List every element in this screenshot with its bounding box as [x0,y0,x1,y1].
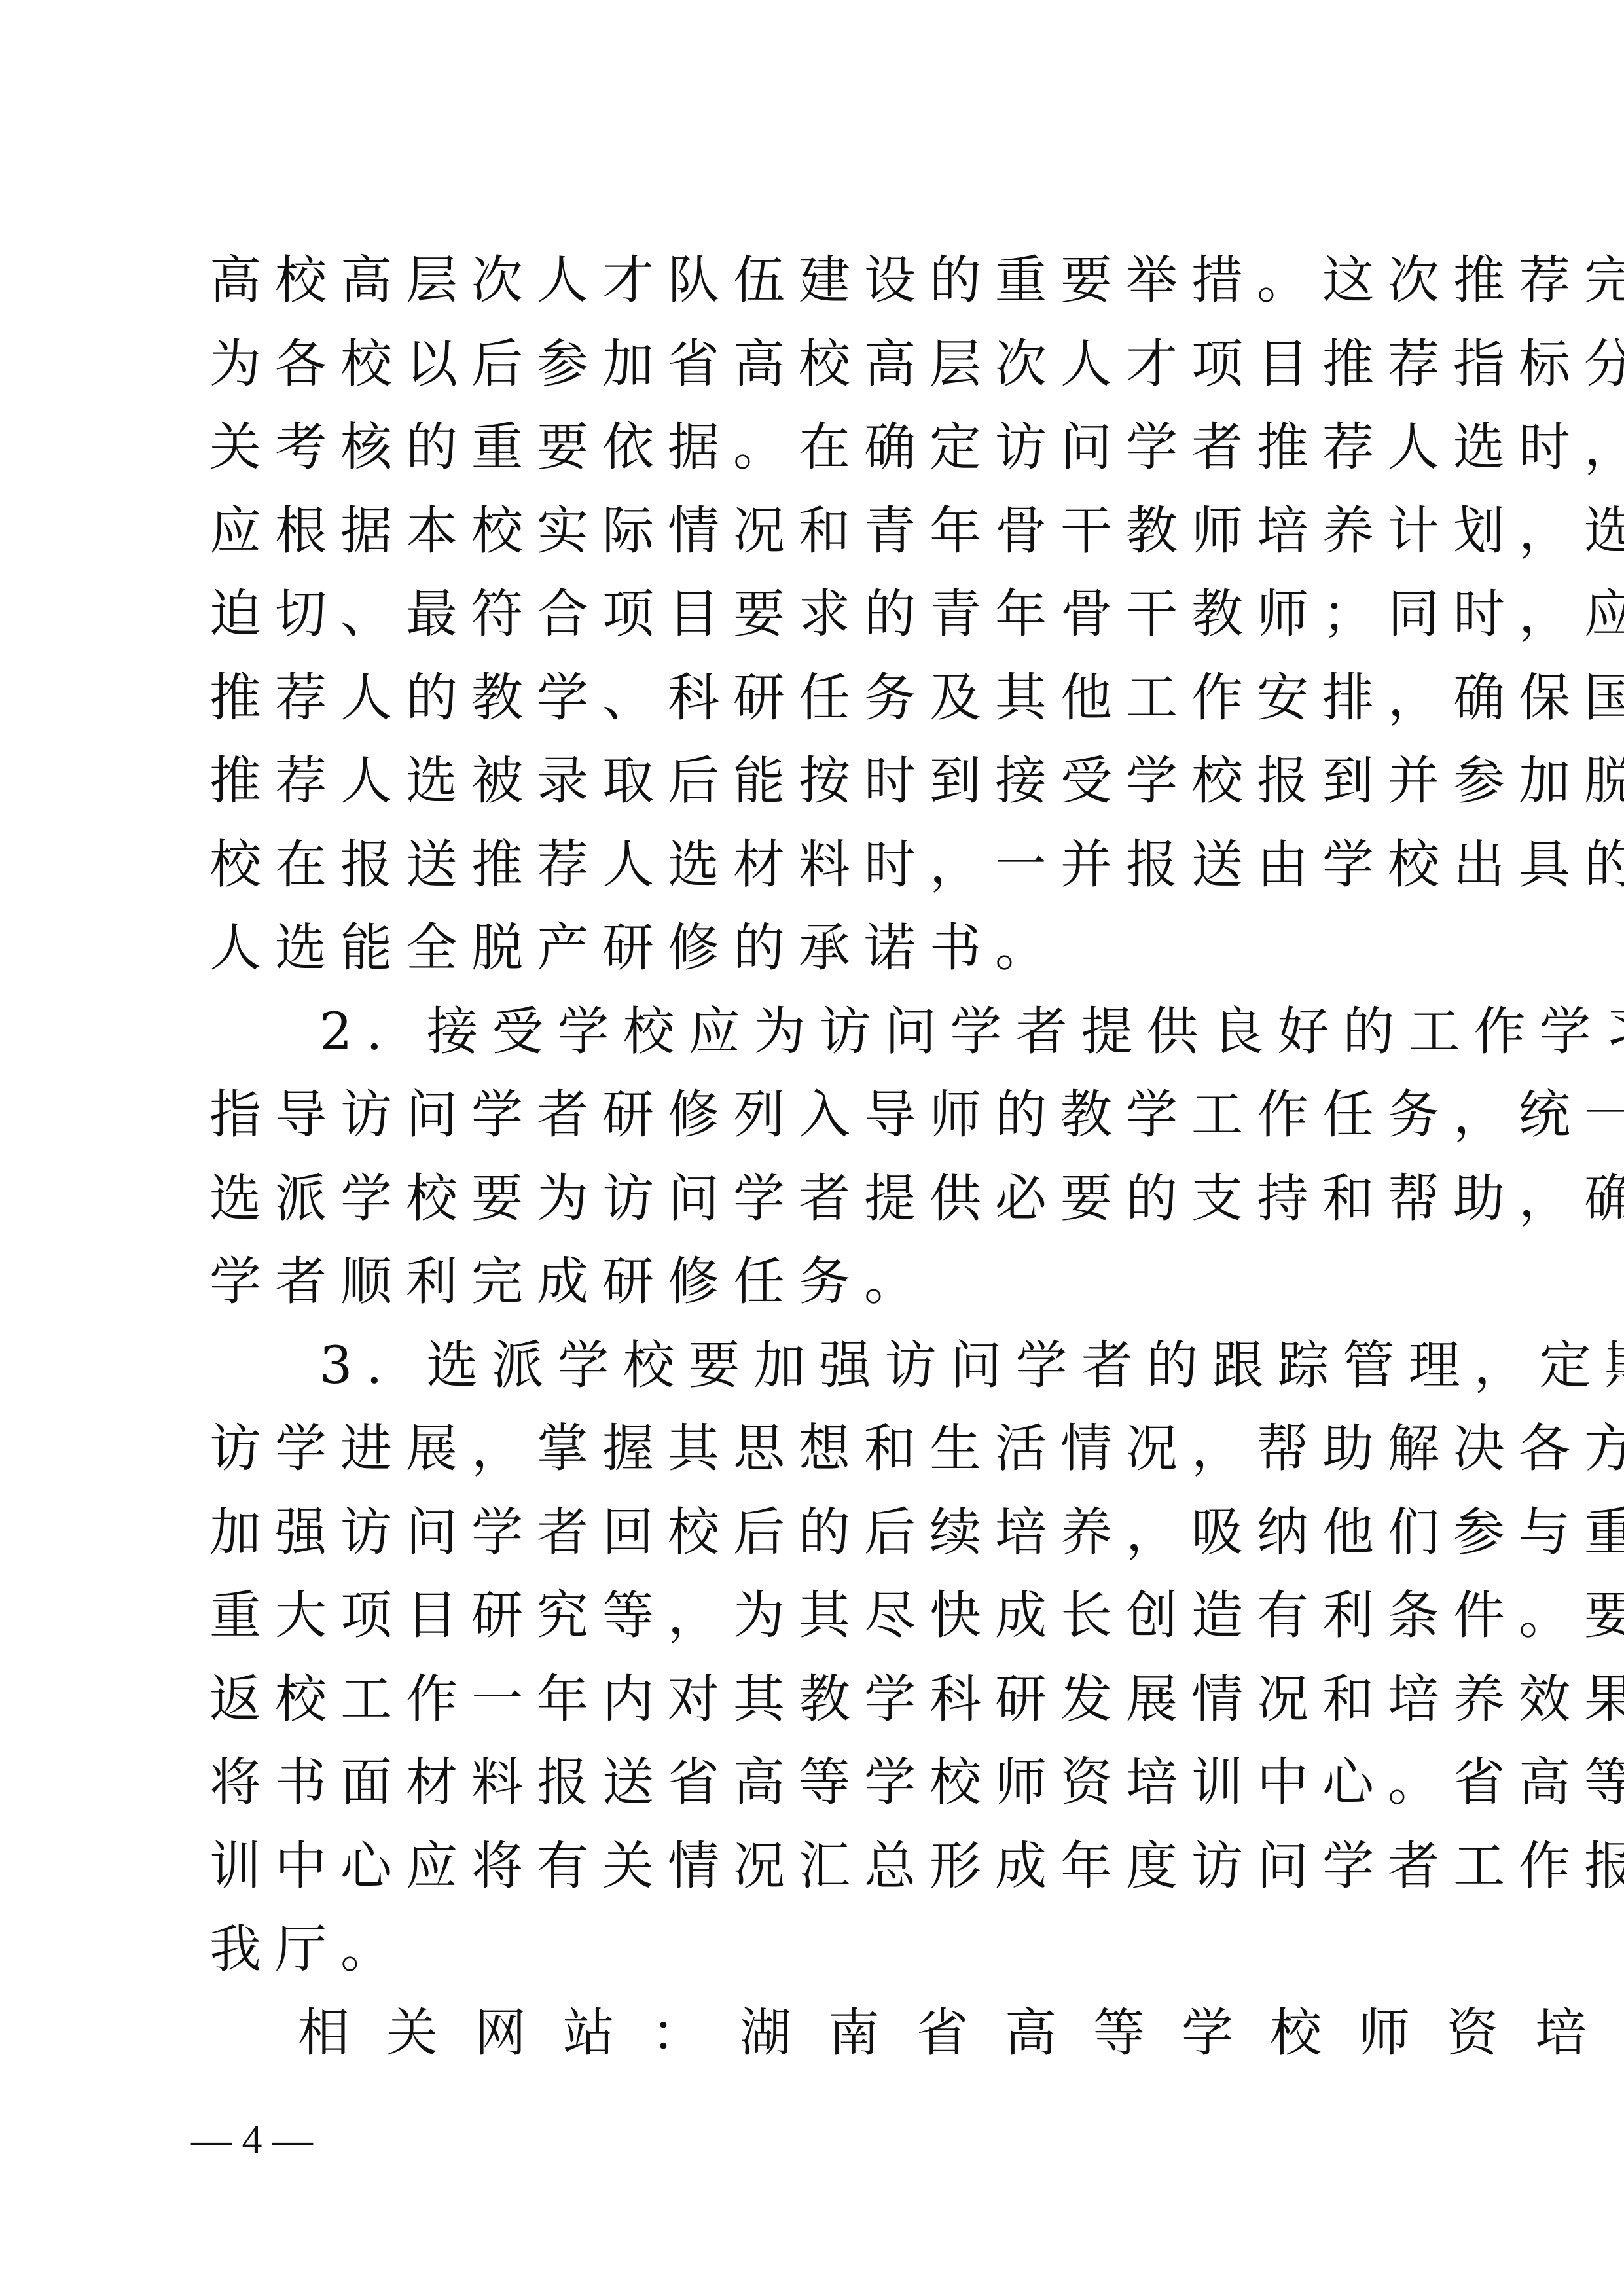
paragraph-2-start: 2. 接受学校应为访问学者提供良好的工作学习环境，并将 [209,990,1401,1074]
text-line: 重大项目研究等，为其尽快成长创造有利条件。要在访问学者 [209,1574,1401,1658]
text-line: 应根据本校实际情况和青年骨干教师培养计划，选拔出需求最 [209,490,1401,573]
text-line: 指导访问学者研修列入导师的教学工作任务，统一安排和考核。 [209,1073,1401,1157]
text-line: 访学进展，掌握其思想和生活情况，帮助解决各方面困难。要 [209,1407,1401,1491]
text-line: 返校工作一年内对其教学科研发展情况和培养效果做出评估， [209,1658,1401,1742]
text-line: 人选能全脱产研修的承诺书。 [209,906,1401,990]
text-line: 关考核的重要依据。在确定访问学者推荐人选时，各有关高校 [209,406,1401,490]
text-line: 训中心应将有关情况汇总形成年度访问学者工作报告，并报送 [209,1825,1401,1909]
text-line: 校在报送推荐人选材料时，一并报送由学校出具的保证该推荐 [209,823,1401,907]
document-page: 高校高层次人才队伍建设的重要举措。这次推荐完成情况将作 为各校以后参加省高校高层… [0,0,1624,2296]
related-website-line: 相关网站：湖南省高等学校师资培训中心： [209,1992,1401,2075]
text-line: 将书面材料报送省高等学校师资培训中心。省高等学校师资培 [209,1741,1401,1825]
text-line: 学者顺利完成研修任务。 [209,1240,1401,1324]
text-line: 选派学校要为访问学者提供必要的支持和帮助，确保国内访问 [209,1157,1401,1241]
document-body: 高校高层次人才队伍建设的重要举措。这次推荐完成情况将作 为各校以后参加省高校高层… [209,239,1401,2075]
page-number: — 4 — [191,2111,313,2170]
text-line: 为各校以后参加省高校高层次人才项目推荐指标分配和高校相 [209,323,1401,406]
text-line: 高校高层次人才队伍建设的重要举措。这次推荐完成情况将作 [209,239,1401,323]
text-line: 迫切、最符合项目要求的青年骨干教师；同时，应充分考虑被 [209,573,1401,656]
paragraph-3-start: 3. 选派学校要加强访问学者的跟踪管理，定期了解教师的 [209,1324,1401,1408]
text-line: 推荐人的教学、科研任务及其他工作安排，确保国内访问学者 [209,656,1401,740]
text-line: 我厅。 [209,1908,1401,1992]
text-line: 加强访问学者回校后的后续培养，吸纳他们参与重要学术活动、 [209,1491,1401,1575]
text-line: 推荐人选被录取后能按时到接受学校报到并参加脱产研修。高 [209,740,1401,823]
